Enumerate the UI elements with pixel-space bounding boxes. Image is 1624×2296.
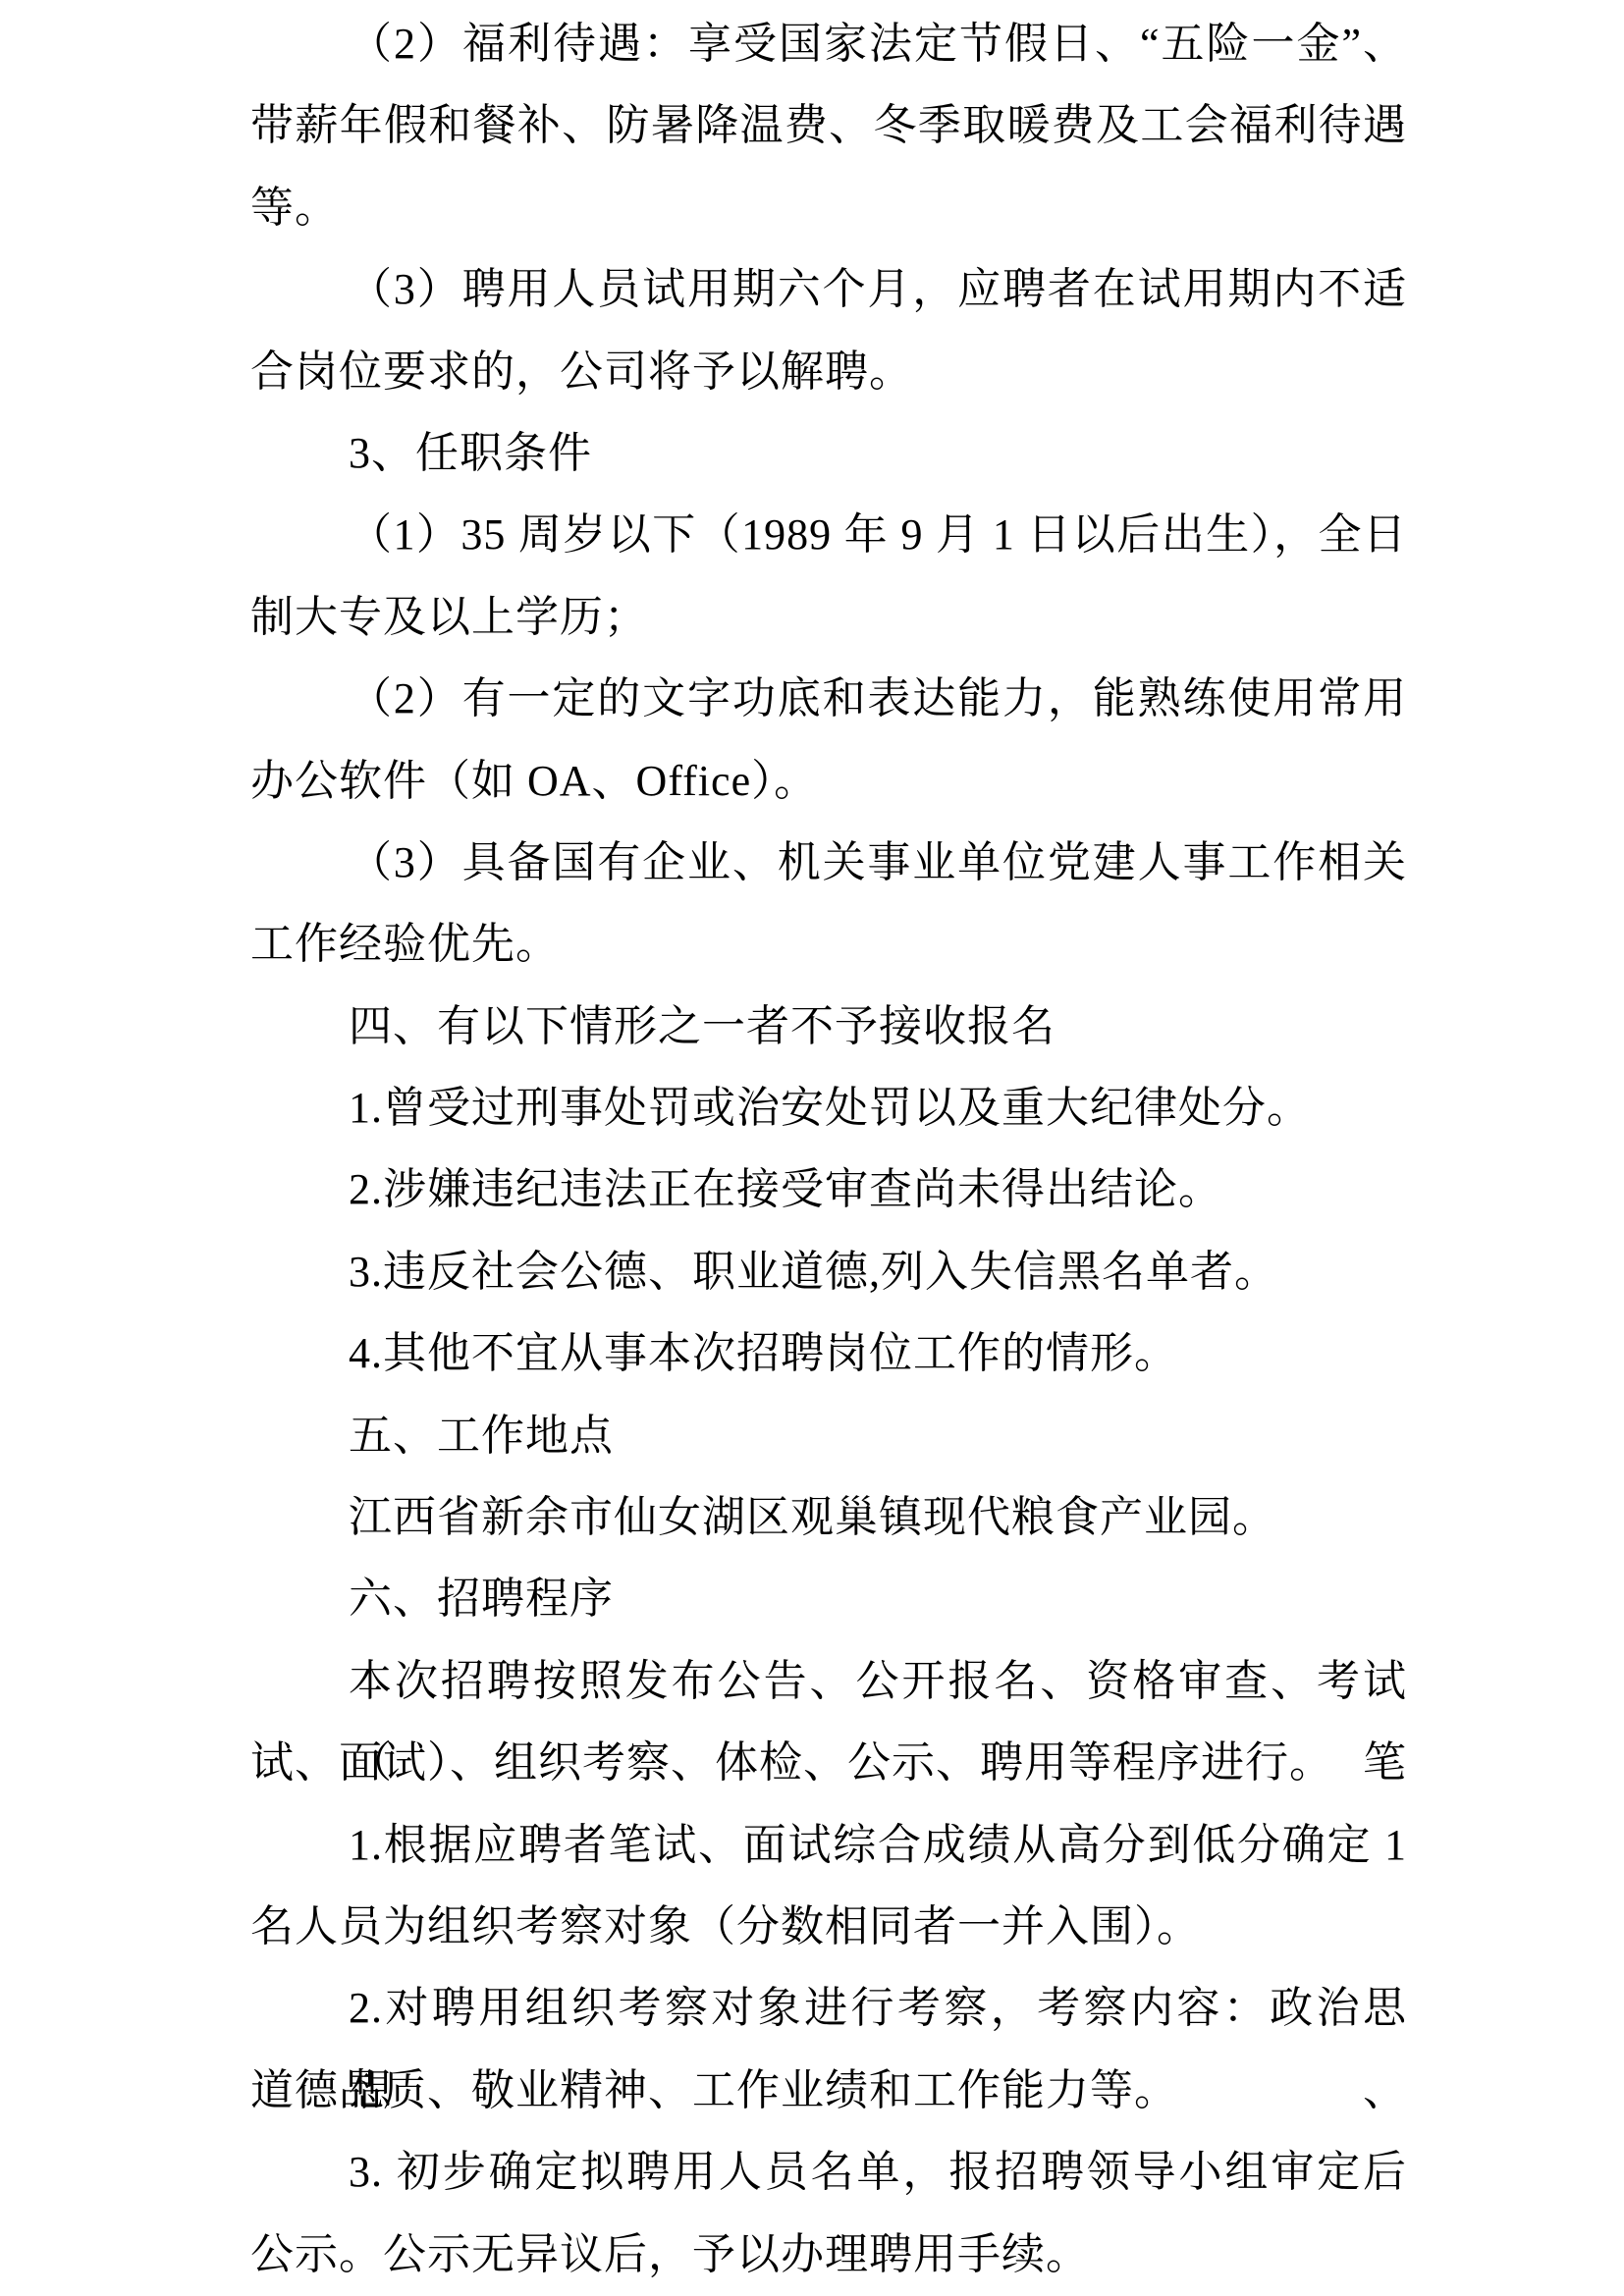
text-line: 制大专及以上学历； xyxy=(250,576,1407,658)
text-line: （3）聘用人员试用期六个月，应聘者在试用期内不适 xyxy=(250,248,1407,330)
document-page: （2）福利待遇：享受国家法定节假日、“五险一金”、带薪年假和餐补、防暑降温费、冬… xyxy=(0,0,1624,2296)
text-line: 五、工作地点 xyxy=(250,1395,1407,1476)
text-line: 1.根据应聘者笔试、面试综合成绩从高分到低分确定 1 xyxy=(250,1804,1407,1886)
text-line: 工作经验优先。 xyxy=(250,903,1407,985)
text-line: 试、面试）、组织考察、体检、公示、聘用等程序进行。 xyxy=(250,1722,1407,1803)
text-line: （3）具备国有企业、机关事业单位党建人事工作相关 xyxy=(250,822,1407,903)
text-line: 江西省新余市仙女湖区观巢镇现代粮食产业园。 xyxy=(250,1476,1407,1558)
text-line: 3、任职条件 xyxy=(250,412,1407,494)
text-line: 4.其他不宜从事本次招聘岗位工作的情形。 xyxy=(250,1312,1407,1394)
text-line: （2）有一定的文字功底和表达能力，能熟练使用常用 xyxy=(250,658,1407,739)
text-line: 名人员为组织考察对象（分数相同者一并入围）。 xyxy=(250,1886,1407,1967)
text-line: 四、有以下情形之一者不予接收报名 xyxy=(250,986,1407,1067)
text-line: 2.涉嫌违纪违法正在接受审查尚未得出结论。 xyxy=(250,1148,1407,1230)
text-line: 2.对聘用组织考察对象进行考察，考察内容：政治思想、 xyxy=(250,1967,1407,2049)
text-line: 合岗位要求的，公司将予以解聘。 xyxy=(250,331,1407,412)
text-line: 3.违反社会公德、职业道德,列入失信黑名单者。 xyxy=(250,1231,1407,1312)
text-line: 六、招聘程序 xyxy=(250,1558,1407,1639)
document-text-block: （2）福利待遇：享受国家法定节假日、“五险一金”、带薪年假和餐补、防暑降温费、冬… xyxy=(250,3,1407,2295)
text-line: 办公软件（如 OA、Office）。 xyxy=(250,740,1407,822)
text-line: 等。 xyxy=(250,167,1407,248)
text-line: 本次招聘按照发布公告、公开报名、资格审查、考试（笔 xyxy=(250,1640,1407,1722)
text-line: 带薪年假和餐补、防暑降温费、冬季取暖费及工会福利待遇 xyxy=(250,84,1407,166)
text-line: 公示。公示无异议后，予以办理聘用手续。 xyxy=(250,2214,1407,2295)
text-line: 1.曾受过刑事处罚或治安处罚以及重大纪律处分。 xyxy=(250,1067,1407,1148)
text-line: （2）福利待遇：享受国家法定节假日、“五险一金”、 xyxy=(250,3,1407,84)
text-line: 3. 初步确定拟聘用人员名单，报招聘领导小组审定后 xyxy=(250,2131,1407,2213)
text-line: （1）35 周岁以下（1989 年 9 月 1 日以后出生），全日 xyxy=(250,494,1407,575)
